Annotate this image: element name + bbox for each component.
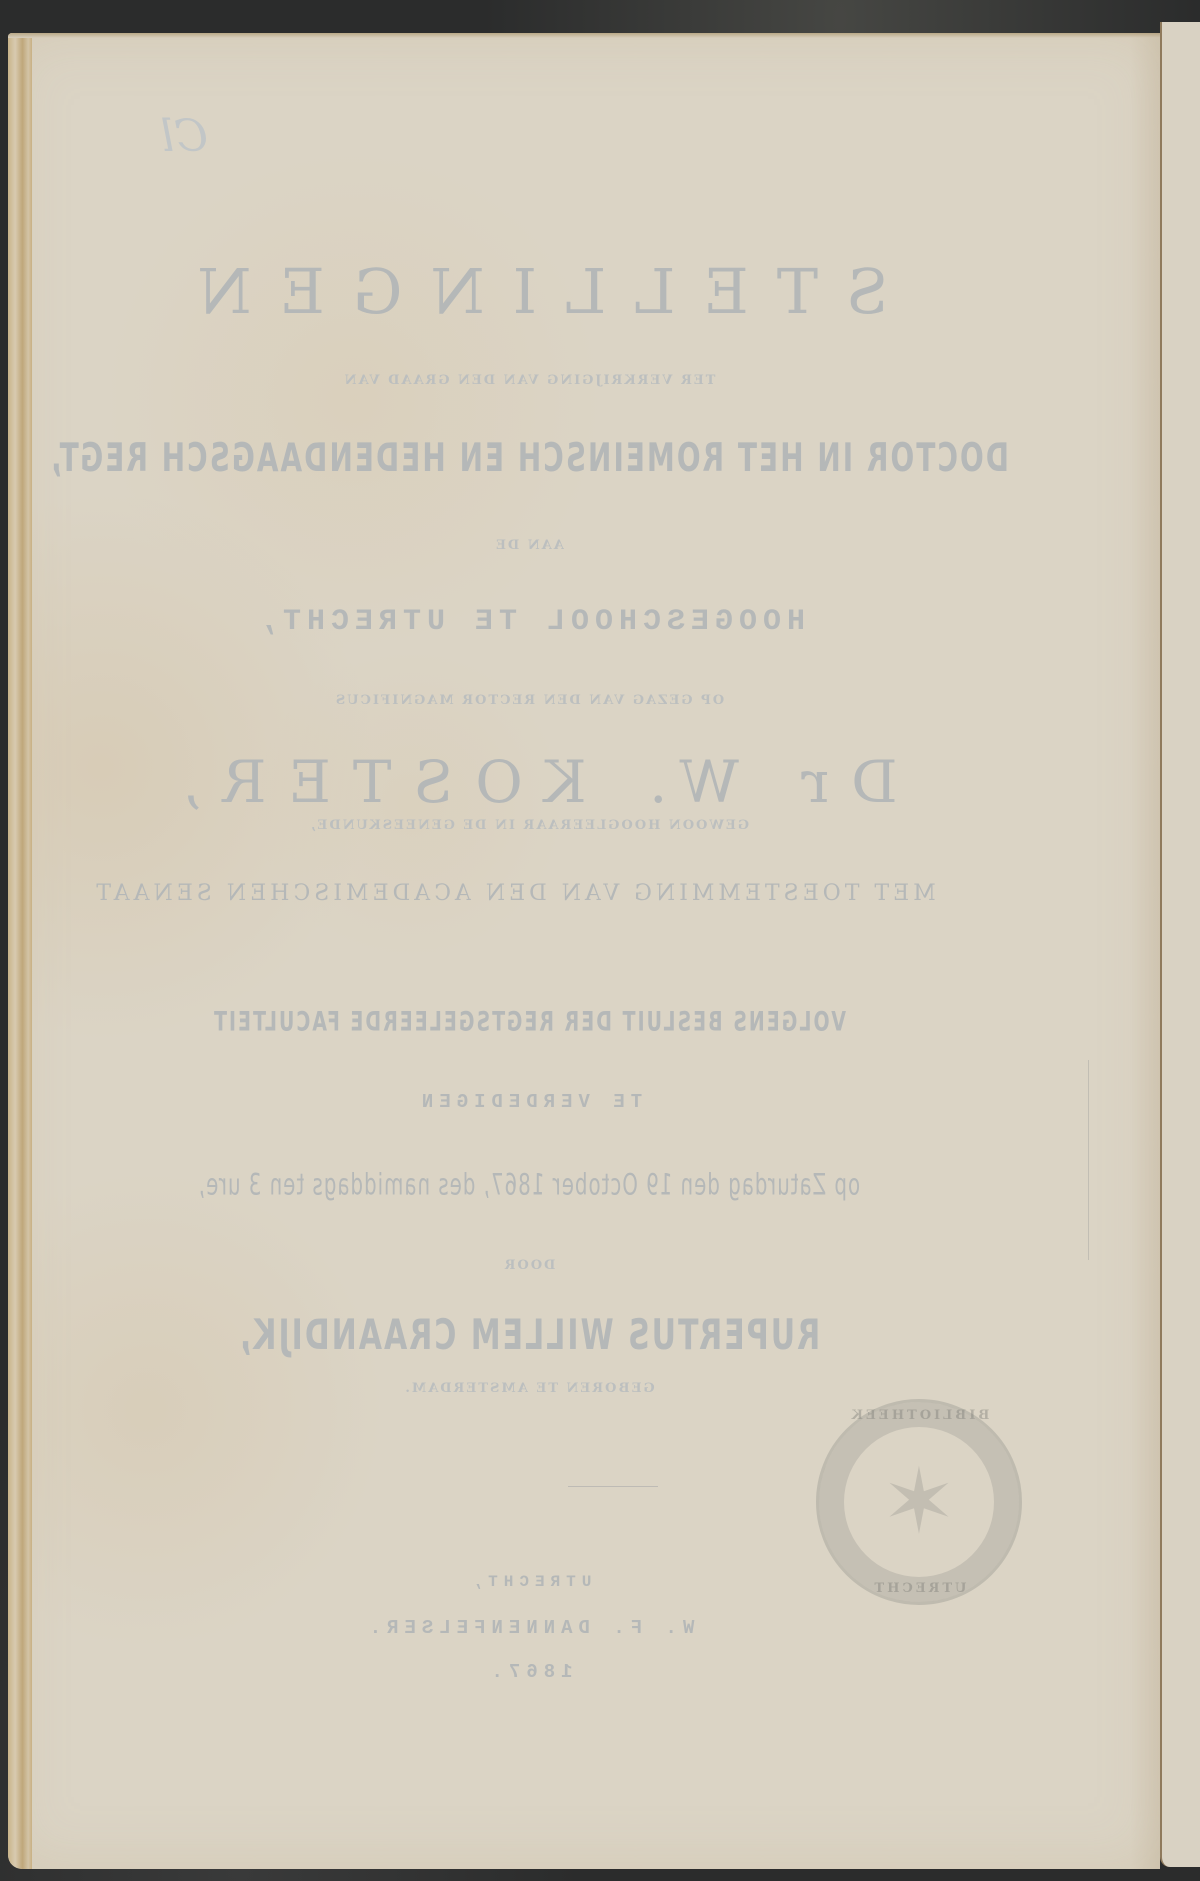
bleed-date: op Zaturdag den 19 October 1867, des nam…	[8, 1169, 1160, 1203]
facing-page-edge	[1160, 22, 1200, 1867]
stamp-emblem-icon: ✶	[881, 1450, 956, 1555]
bleed-born: GEBOREN TE AMSTERDAM.	[8, 1381, 1160, 1396]
bleed-door: DOOR	[8, 1258, 1160, 1273]
page-top-edge	[8, 33, 1160, 38]
faint-vertical-line	[1088, 1060, 1089, 1260]
gutter-shadow	[1130, 33, 1160, 1869]
bleed-university: HOOGESCHOOL TE UTRECHT,	[8, 605, 1160, 639]
bleed-rector: Dr W. KOSTER,	[8, 748, 1160, 816]
stamp-top-text: BIBLIOTHEEK	[819, 1408, 1019, 1423]
bleed-senate: MET TOESTEMMING VAN DEN ACADEMISCHEN SEN…	[8, 881, 1160, 906]
bleed-op-gezag: OP GEZAG VAN DEN RECTOR MAGNIFICUS	[8, 693, 1160, 708]
library-stamp: BIBLIOTHEEK ✶ UTRECHT	[816, 1399, 1022, 1605]
bleed-aan-de: AAN DE	[8, 538, 1160, 553]
bleed-author: RUPERTUS WILLEM CRAANDIJK,	[8, 1311, 1160, 1360]
bleed-faculty: VOLGENS BESLUIT DER REGTSGELEERDE FACULT…	[8, 1007, 1160, 1038]
bleed-defend: TE VERDEDIGEN	[8, 1091, 1160, 1113]
bleed-rector-title: GEWOON HOOGLEERAAR IN DE GENEESKUNDE,	[8, 818, 1160, 833]
book-page: Cl STELLINGEN TER VERKRIJGING VAN DEN GR…	[8, 33, 1160, 1869]
bleed-publisher: W. F. DANNENFELSER.	[8, 1617, 1160, 1639]
divider-rule	[568, 1486, 658, 1487]
corner-mark: Cl	[148, 111, 208, 162]
bleed-year: 1867.	[8, 1661, 1160, 1683]
stamp-bottom-text: UTRECHT	[819, 1581, 1019, 1596]
bleed-degree: DOCTOR IN HET ROMEINSCH EN HEDENDAAGSCH …	[8, 434, 1160, 480]
bleed-subtitle: TER VERKRIJGING VAN DEN GRAAD VAN	[8, 373, 1160, 388]
bleed-title: STELLINGEN	[8, 255, 1160, 328]
